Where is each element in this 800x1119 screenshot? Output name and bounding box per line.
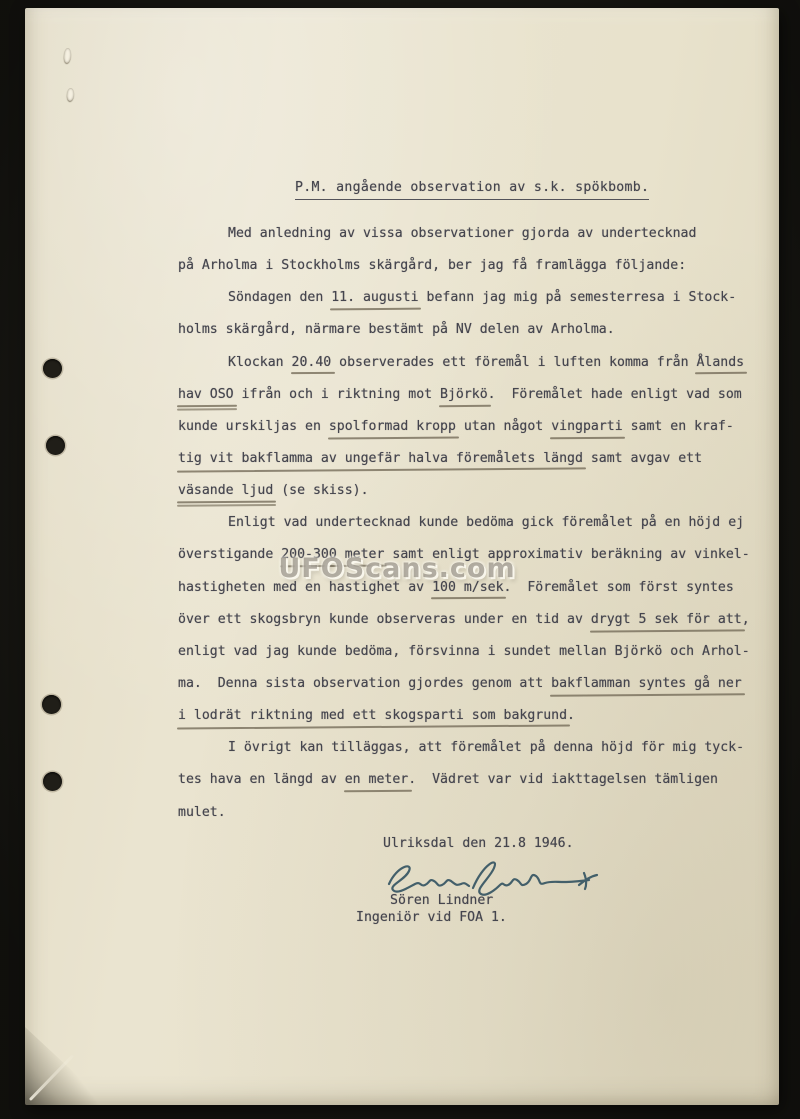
punch-hole <box>46 436 65 455</box>
punch-hole <box>42 695 61 714</box>
document-line: tes hava en längd av en meter. Vädret va… <box>178 764 778 796</box>
staple-mark <box>66 88 75 102</box>
document-line: kunde urskiljas en spolformad kropp utan… <box>178 411 778 443</box>
document-line: Enligt vad undertecknad kunde bedöma gic… <box>178 507 778 539</box>
document-page: P.M. angående observation av s.k. spökbo… <box>25 8 779 1105</box>
document-line: tig vit bakflamma av ungefär halva förem… <box>178 443 778 475</box>
document-line: Söndagen den 11. augusti befann jag mig … <box>178 282 778 314</box>
document-line: över ett skogsbryn kunde observeras unde… <box>178 604 778 636</box>
signatory-name: Sören Lindner <box>390 893 493 908</box>
document-line: på Arholma i Stockholms skärgård, ber ja… <box>178 250 778 282</box>
document-line: ma. Denna sista observation gjordes geno… <box>178 668 778 700</box>
document-line: mulet. <box>178 797 778 829</box>
document-line: Med anledning av vissa observationer gjo… <box>178 218 778 250</box>
signatory-title: Ingeniör vid FOA 1. <box>356 910 507 925</box>
document-title: P.M. angående observation av s.k. spökbo… <box>262 165 649 210</box>
document-line: holms skärgård, närmare bestämt på NV de… <box>178 314 778 346</box>
document-line: hav OSO ifrån och i riktning mot Björkö.… <box>178 379 778 411</box>
document-line: väsande ljud (se skiss). <box>178 475 778 507</box>
document-body: Med anledning av vissa observationer gjo… <box>178 218 778 829</box>
punch-hole <box>43 772 62 791</box>
document-line: Klockan 20.40 observerades ett föremål i… <box>178 347 778 379</box>
document-line: i lodrät riktning med ett skogsparti som… <box>178 700 778 732</box>
dateline: Ulriksdal den 21.8 1946. <box>383 836 574 851</box>
punch-hole <box>43 359 62 378</box>
staple-mark <box>63 48 72 64</box>
document-line: I övrigt kan tilläggas, att föremålet på… <box>178 732 778 764</box>
watermark: UFOScans.com <box>278 553 515 584</box>
document-line: enligt vad jag kunde bedöma, försvinna i… <box>178 636 778 668</box>
